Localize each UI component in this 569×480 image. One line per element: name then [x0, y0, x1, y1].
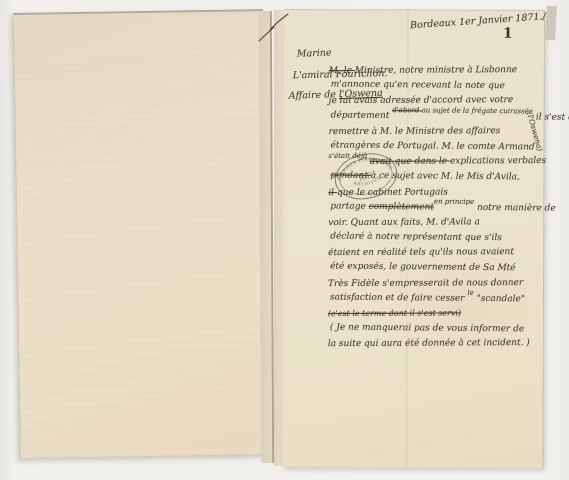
interline-insert: d'abord — [392, 106, 421, 114]
document-scan: Bordeaux 1er Janvier 1871./ 1 Marine L'a… — [0, 0, 569, 480]
interline-insert: le — [467, 289, 473, 297]
handwriting-text: remettre à M. le Ministre des affaires — [329, 126, 501, 137]
handwriting-text: à ce sujet avec M. le Mis d'Avila, — [371, 171, 520, 182]
interline-insert: en principe — [434, 197, 474, 205]
handwriting-text: "scandale" — [474, 294, 525, 304]
folio-number: 1 — [503, 26, 514, 42]
handwriting-text: étaient en réalité tels qu'ils nous avai… — [328, 247, 514, 258]
handwriting-text: m'annonce qu'en recevant la note que — [331, 80, 505, 92]
handwriting-text: voir. Quant aux faits, M. d'Avila a — [328, 217, 480, 228]
pen-check-mark-icon — [256, 11, 294, 45]
handwriting-text: satisfaction et de faire cesser — [330, 292, 467, 303]
handwriting-text: déclaré à notre représentant que s'ils — [330, 232, 502, 244]
handwriting-text: je lui avais adressée d'accord avec votr… — [329, 96, 514, 107]
manuscript-line: voir. Quant aux faits, M. d'Avila a — [328, 217, 546, 233]
manuscript-line: Très Fidèle s'empresserait de nous donne… — [328, 278, 546, 294]
handwriting-text: département — [331, 110, 393, 121]
struck-out-text: il — [328, 188, 337, 198]
struck-out-text: avait que dans le — [370, 157, 450, 167]
manuscript-line: partage complètementen principe notre ma… — [330, 201, 546, 218]
handwriting-text: explications verbales — [450, 156, 546, 167]
handwriting-text: que le cabinet Portugais — [337, 187, 448, 198]
manuscript-line: remettre à M. le Ministre des affaires — [329, 126, 547, 142]
struck-out-text: M. le — [329, 66, 355, 76]
handwriting-text: partage — [330, 201, 368, 211]
handwriting-text: Ministre, notre ministre à Lisbonne — [355, 65, 517, 76]
scan-edge-shadow — [545, 6, 557, 40]
handwriting-text: ( Je ne manquerai pas de vous informer d… — [330, 323, 524, 335]
gutter-leaf-edge — [259, 11, 274, 463]
handwriting-text: notre manière de — [474, 203, 556, 214]
manuscript-page: Bordeaux 1er Janvier 1871./ 1 Marine L'a… — [282, 9, 545, 468]
manuscript-line: département d'abord au sujet de la fréga… — [331, 110, 547, 127]
letter-body: M. le Ministre, notre ministre à Lisbonn… — [328, 65, 547, 354]
handwriting-text: été exposés, le gouvernement de Sa Mté — [330, 262, 516, 274]
manuscript-line: la suite qui aura été donnée à cet incid… — [328, 338, 546, 354]
handwriting-text: la suite qui aura été donnée à cet incid… — [328, 338, 530, 349]
struck-out-text: (c'est le terme dont il s'est servi) — [328, 308, 461, 318]
dateline: Bordeaux 1er Janvier 1871./ — [410, 11, 550, 31]
blank-verso-page — [13, 9, 270, 458]
margin-note-marine: Marine — [297, 48, 332, 60]
interline-insert: au sujet de la frégate cuirassée — [422, 106, 533, 115]
handwriting-text: il s'est empressé de la — [533, 112, 569, 123]
handwriting-text: étrangères de Portugal. M. le comte Arma… — [330, 140, 534, 152]
manuscript-line: été exposés, le gouvernement de Sa Mté — [330, 262, 546, 279]
struck-out-text: complètement — [369, 202, 434, 213]
manuscript-line: satisfaction et de faire cesser le "scan… — [330, 292, 546, 309]
handwriting-text: Très Fidèle s'empresserait de nous donne… — [328, 278, 523, 289]
manuscript-line: pendant à ce sujet avec M. le Mis d'Avil… — [330, 171, 546, 188]
interline-insert: s'était déjà — [328, 152, 369, 160]
struck-out-text: pendant — [330, 171, 370, 181]
